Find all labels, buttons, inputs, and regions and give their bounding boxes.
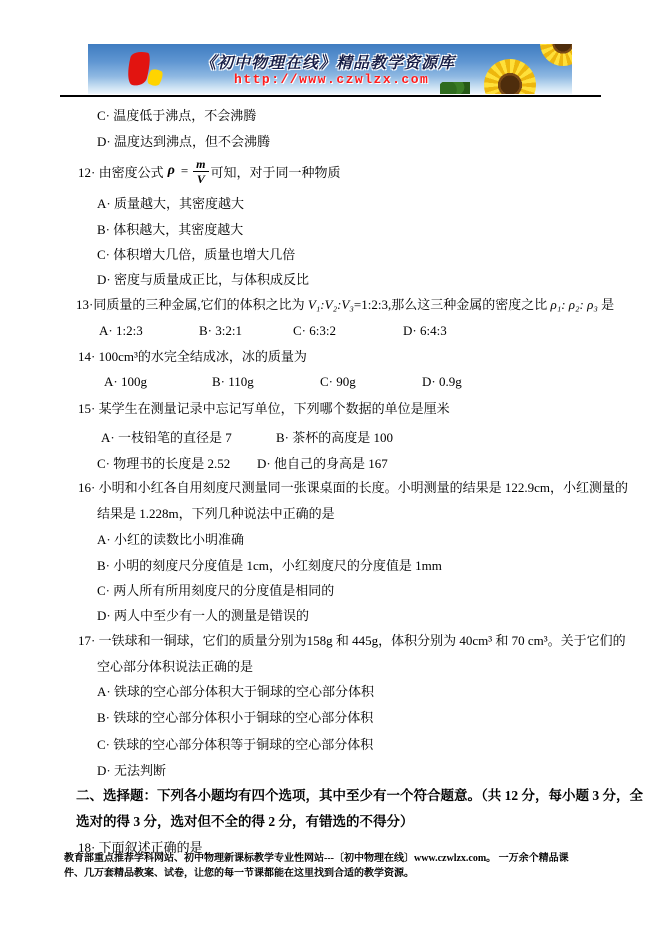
q11-option-c: C· 温度低于沸点，不会沸腾 <box>97 107 256 124</box>
q14-option-b: B· 110g <box>212 374 254 390</box>
q17-option-a: A· 铁球的空心部分体积大于铜球的空心部分体积 <box>97 683 374 700</box>
q13-option-a: A· 1:2:3 <box>99 323 143 339</box>
q17-option-c: C· 铁球的空心部分体积等于铜球的空心部分体积 <box>97 736 373 753</box>
q16-stem-line1: 16· 小明和小红各自用刻度尺测量同一张课桌面的长度。小明测量的结果是 122.… <box>78 479 628 496</box>
q13-density-ratio: ρ₁: ρ₂: ρ₃ <box>550 297 597 312</box>
q17-option-b: B· 铁球的空心部分体积小于铜球的空心部分体积 <box>97 709 373 726</box>
banner-site-url: http://www.czwlzx.com <box>234 72 429 87</box>
q13-stem-text1: 13·同质量的三种金属,它们的体积之比为 <box>76 297 308 312</box>
exam-document-page: 《初中物理在线》精品教学资源库 http://www.czwlzx.com C·… <box>0 0 661 936</box>
header-divider <box>60 95 601 97</box>
q15-options-row-2: C· 物理书的长度是 2.52 D· 他自己的身高是 167 <box>0 453 661 471</box>
q15-stem: 15· 某学生在测量记录中忘记写单位，下列哪个数据的单位是厘米 <box>78 400 450 417</box>
q14-option-a: A· 100g <box>104 374 147 390</box>
plant-icon <box>440 82 470 94</box>
q15-option-b: B· 茶杯的高度是 100 <box>276 427 393 446</box>
q16-option-b: B· 小明的刻度尺分度值是 1cm，小红刻度尺的分度值是 1mm <box>97 557 442 574</box>
site-banner: 《初中物理在线》精品教学资源库 http://www.czwlzx.com <box>88 44 572 94</box>
sunflower-corner-icon <box>540 44 572 66</box>
q13-volume-ratio: V₁:V₂:V₃ <box>308 297 354 312</box>
q12-stem-prefix: 12· 由密度公式 <box>78 162 164 181</box>
fraction-numerator: m <box>193 157 208 172</box>
q13-option-c: C· 6:3:2 <box>293 323 336 339</box>
q17-option-d: D· 无法判断 <box>97 762 166 779</box>
q12-stem-suffix: 可知，对于同一种物质 <box>211 162 341 181</box>
q11-option-d: D· 温度达到沸点，但不会沸腾 <box>97 133 270 150</box>
q12-option-c: C· 体积增大几倍，质量也增大几倍 <box>97 246 295 263</box>
q12-stem: 12· 由密度公式 ρ = m V 可知，对于同一种物质 <box>78 152 341 190</box>
equals-sign: = <box>181 163 188 179</box>
q13-stem: 13·同质量的三种金属,它们的体积之比为 V₁:V₂:V₃=1:2:3,那么这三… <box>76 296 614 313</box>
q13-options-row: A· 1:2:3 B· 3:2:1 C· 6:3:2 D· 6:4:3 <box>0 323 661 341</box>
q12-option-a: A· 质量越大，其密度越大 <box>97 195 244 212</box>
q15-option-d: D· 他自己的身高是 167 <box>257 453 388 472</box>
banner-site-title: 《初中物理在线》精品教学资源库 <box>200 50 500 73</box>
q17-stem-line2: 空心部分体积说法正确的是 <box>97 658 253 675</box>
q14-stem: 14· 100cm³的水完全结成冰，冰的质量为 <box>78 348 307 365</box>
q15-option-c: C· 物理书的长度是 2.52 <box>97 453 230 472</box>
q16-option-c: C· 两人所有所用刻度尺的分度值是相同的 <box>97 582 334 599</box>
density-fraction: m V <box>193 157 208 186</box>
q16-option-d: D· 两人中至少有一人的测量是错误的 <box>97 607 309 624</box>
q13-stem-text2: =1:2:3,那么这三种金属的密度之比 <box>354 297 551 312</box>
q17-stem-line1: 17· 一铁球和一铜球，它们的质量分别为158g 和 445g，体积分别为 40… <box>78 632 626 649</box>
q16-option-a: A· 小红的读数比小明准确 <box>97 531 244 548</box>
q12-option-d: D· 密度与质量成正比，与体积成反比 <box>97 271 309 288</box>
footer-line1: 教育部重点推荐学科网站、初中物理新课标教学专业性网站---〔初中物理在线〕www… <box>64 852 569 865</box>
q15-options-row-1: A· 一枝铅笔的直径是 7 B· 茶杯的高度是 100 <box>0 427 661 445</box>
q14-option-c: C· 90g <box>320 374 356 390</box>
footer-line2: 件、几万套精品教案、试卷，让您的每一节课都能在这里找到合适的教学资源。 <box>64 867 414 880</box>
q16-stem-line2: 结果是 1.228m，下列几种说法中正确的是 <box>97 505 335 522</box>
section2-heading-line2: 选对的得 3 分，选对但不全的得 2 分，有错选的不得分） <box>76 813 414 830</box>
q13-option-b: B· 3:2:1 <box>199 323 242 339</box>
q12-option-b: B· 体积越大，其密度越大 <box>97 221 243 238</box>
q13-stem-text3: 是 <box>598 297 614 312</box>
q14-options-row: A· 100g B· 110g C· 90g D· 0.9g <box>0 374 661 392</box>
section2-heading-line1: 二、选择题：下列各小题均有四个选项，其中至少有一个符合题意。（共 12 分，每小… <box>76 787 643 804</box>
rho-symbol: ρ <box>168 163 175 179</box>
q14-option-d: D· 0.9g <box>422 374 462 390</box>
q15-option-a: A· 一枝铅笔的直径是 7 <box>101 427 232 446</box>
fraction-denominator: V <box>194 172 208 186</box>
q13-option-d: D· 6:4:3 <box>403 323 447 339</box>
